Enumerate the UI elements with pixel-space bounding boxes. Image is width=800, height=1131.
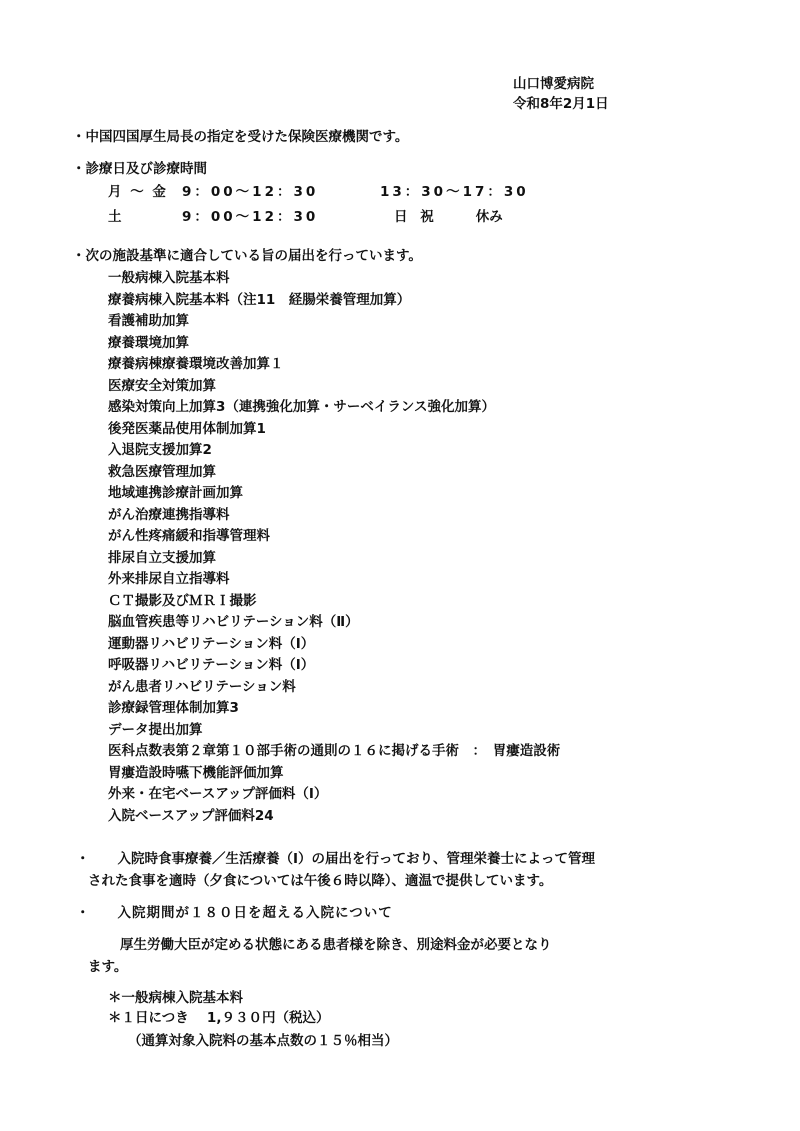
hours-table: 月 ～ 金 9：00～12：30 13：30～17：30 土 9：00～12：3… xyxy=(108,180,529,230)
list-item: 外来排尿自立指導料 xyxy=(108,569,560,591)
long-stay-heading: ・入院期間が１８０日を超える入院について xyxy=(76,903,393,923)
long-stay-body-line-2: ます。 xyxy=(88,957,127,977)
hospital-name: 山口博愛病院 xyxy=(513,74,609,94)
list-item: 脳血管疾患等リハビリテーション料（Ⅱ） xyxy=(108,612,560,634)
facility-standards-title: 次の施設基準に適合している旨の届出を行っています。 xyxy=(86,248,422,264)
list-item: 医科点数表第２章第１０部手術の通則の１６に掲げる手術 ： 胃瘻造設術 xyxy=(108,741,560,763)
list-item: 後発医薬品使用体制加算1 xyxy=(108,419,560,441)
document-header: 山口博愛病院 令和8年2月1日 xyxy=(513,74,609,114)
list-item: ＣＴ撮影及びＭＲＩ撮影 xyxy=(108,591,560,613)
long-stay-detail-3: （通算対象入院料の基本点数の１５％相当） xyxy=(128,1031,398,1051)
long-stay-body-line-1: 厚生労働大臣が定める状態にある患者様を除き、別途料金が必要となり xyxy=(120,935,551,955)
list-item: 療養病棟入院基本料（注11 経腸栄養管理加算） xyxy=(108,290,560,312)
document-date: 令和8年2月1日 xyxy=(513,94,609,114)
long-stay-detail-2: ＊１日につき 1,９３０円（税込） xyxy=(108,1008,329,1028)
bullet: ・ xyxy=(76,905,90,921)
bullet: ・ xyxy=(72,161,86,177)
list-item: 看護補助加算 xyxy=(108,311,560,333)
list-item: 地域連携診療計画加算 xyxy=(108,483,560,505)
list-item: 運動器リハビリテーション料（Ⅰ） xyxy=(108,634,560,656)
closed-days: 日 祝 xyxy=(354,205,438,230)
afternoon-hours: 13：30～17：30 xyxy=(354,180,529,205)
list-item: 胃瘻造設時嚥下機能評価加算 xyxy=(108,763,560,785)
list-item: 診療録管理体制加算3 xyxy=(108,698,560,720)
closed-label: 休み xyxy=(438,205,503,230)
hours-row-weekday: 月 ～ 金 9：00～12：30 13：30～17：30 xyxy=(108,180,529,205)
list-item: 入院ベースアップ評価料24 xyxy=(108,806,560,828)
facility-standards-list: 一般病棟入院基本料 療養病棟入院基本料（注11 経腸栄養管理加算） 看護補助加算… xyxy=(108,268,560,827)
meals-line-2: された食事を適時（夕食については午後６時以降）、適温で提供しています。 xyxy=(88,873,552,889)
list-item: がん治療連携指導料 xyxy=(108,505,560,527)
designation-statement: ・中国四国厚生局長の指定を受けた保険医療機関です。 xyxy=(72,128,408,146)
list-item: データ提出加算 xyxy=(108,720,560,742)
list-item: 感染対策向上加算3（連携強化加算・サーベイランス強化加算） xyxy=(108,397,560,419)
bullet: ・ xyxy=(72,129,86,145)
list-item: 呼吸器リハビリテーション料（Ⅰ） xyxy=(108,655,560,677)
list-item: 救急医療管理加算 xyxy=(108,462,560,484)
bullet: ・ xyxy=(76,851,90,867)
hours-title: 診療日及び診療時間 xyxy=(86,161,208,177)
list-item: 療養病棟療養環境改善加算１ xyxy=(108,354,560,376)
list-item: がん患者リハビリテーション料 xyxy=(108,677,560,699)
list-item: 入退院支援加算2 xyxy=(108,440,560,462)
morning-hours: 9：00～12：30 xyxy=(182,180,354,205)
days-label: 月 ～ 金 xyxy=(108,180,182,205)
list-item: 外来・在宅ベースアップ評価料（Ⅰ） xyxy=(108,784,560,806)
list-item: 排尿自立支援加算 xyxy=(108,548,560,570)
morning-hours: 9：00～12：30 xyxy=(182,205,354,230)
facility-standards-heading: ・次の施設基準に適合している旨の届出を行っています。 xyxy=(72,247,422,265)
days-label: 土 xyxy=(108,205,182,230)
long-stay-title: 入院期間が１８０日を超える入院について xyxy=(118,905,393,921)
designation-text: 中国四国厚生局長の指定を受けた保険医療機関です。 xyxy=(86,129,409,145)
list-item: 医療安全対策加算 xyxy=(108,376,560,398)
bullet: ・ xyxy=(72,248,86,264)
list-item: 療養環境加算 xyxy=(108,333,560,355)
list-item: がん性疼痛緩和指導管理料 xyxy=(108,526,560,548)
meals-statement: ・入院時食事療養／生活療養（Ⅰ）の届出を行っており、管理栄養士によって管理 され… xyxy=(76,849,595,891)
hours-row-saturday: 土 9：00～12：30 日 祝 休み xyxy=(108,205,529,230)
hours-heading: ・診療日及び診療時間 xyxy=(72,160,207,178)
list-item: 一般病棟入院基本料 xyxy=(108,268,560,290)
long-stay-detail-1: ＊一般病棟入院基本料 xyxy=(108,988,243,1008)
meals-line-1: 入院時食事療養／生活療養（Ⅰ）の届出を行っており、管理栄養士によって管理 xyxy=(118,851,596,867)
